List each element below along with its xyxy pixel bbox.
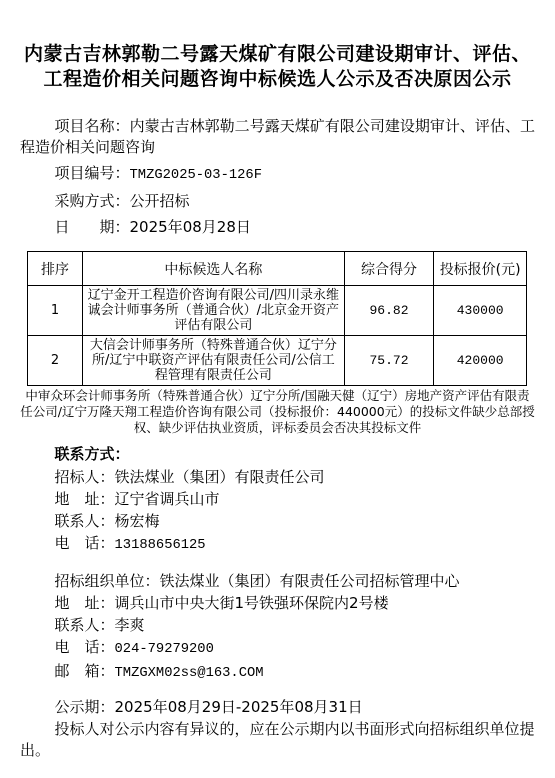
purchase-method-value: 公开招标	[130, 192, 190, 210]
bidder-phone-label: 电 话：	[55, 534, 115, 552]
bidder-person-label: 联系人：	[55, 512, 115, 530]
purchase-method-line: 采购方式：公开招标	[20, 191, 535, 212]
table-row: 1 辽宁金开工程造价咨询有限公司/四川录永维诚会计师事务所（普通合伙）/北京金开…	[28, 286, 527, 336]
project-code-line: 项目编号：TMZG2025-03-126F	[20, 163, 535, 186]
header-candidate-name: 中标候选人名称	[82, 252, 344, 286]
cell-score: 75.72	[344, 336, 434, 386]
rejection-note: 中审众环会计师事务所（特殊普通合伙）辽宁分所/国融天健（辽宁）房地产资产评估有限…	[20, 388, 535, 436]
organizer-line: 招标组织单位：铁法煤业（集团）有限责任公司招标管理中心	[20, 571, 535, 592]
bidder-phone-line: 电 话：13188656125	[20, 533, 535, 556]
project-code-label: 项目编号：	[55, 164, 130, 182]
cell-score: 96.82	[344, 286, 434, 336]
organizer-email-label: 邮 箱：	[55, 662, 115, 680]
bidder-address-label: 地 址：	[55, 490, 115, 508]
contact-section-title: 联系方式：	[20, 444, 535, 465]
bidder-address-line: 地 址：辽宁省调兵山市	[20, 489, 535, 510]
bidder-address-value: 辽宁省调兵山市	[115, 490, 220, 508]
bidder-person-line: 联系人：杨宏梅	[20, 511, 535, 532]
organizer-phone-label: 电 话：	[55, 638, 115, 656]
date-value: 2025年08月28日	[130, 218, 251, 236]
candidates-table: 排序 中标候选人名称 综合得分 投标报价(元) 1 辽宁金开工程造价咨询有限公司…	[27, 251, 527, 386]
header-score: 综合得分	[344, 252, 434, 286]
cell-price: 430000	[434, 286, 527, 336]
table-row: 2 大信会计师事务所（特殊普通合伙）辽宁分所/辽宁中联资产评估有限责任公司/公信…	[28, 336, 527, 386]
cell-candidate-name: 大信会计师事务所（特殊普通合伙）辽宁分所/辽宁中联资产评估有限责任公司/公信工程…	[82, 336, 344, 386]
project-name-line: 项目名称：内蒙古吉林郭勒二号露天煤矿有限公司建设期审计、评估、工程造价相关问题咨…	[20, 116, 535, 158]
project-code-value: TMZG2025-03-126F	[130, 168, 262, 183]
date-label: 日 期：	[55, 218, 130, 236]
organizer-person-label: 联系人：	[55, 616, 115, 634]
organizer-phone-line: 电 话：024-79279200	[20, 637, 535, 660]
organizer-address-label: 地 址：	[55, 594, 115, 612]
publicity-period-label: 公示期：	[55, 698, 115, 716]
bidder-person-value: 杨宏梅	[115, 512, 160, 530]
organizer-email-line: 邮 箱：TMZGXM02ss@163.COM	[20, 661, 535, 684]
cell-rank: 2	[28, 336, 83, 386]
header-price: 投标报价(元)	[434, 252, 527, 286]
table-header-row: 排序 中标候选人名称 综合得分 投标报价(元)	[28, 252, 527, 286]
organizer-phone-value: 024-79279200	[115, 642, 214, 657]
publicity-period-value: 2025年08月29日-2025年08月31日	[115, 698, 363, 716]
document-page: 内蒙古吉林郭勒二号露天煤矿有限公司建设期审计、评估、工程造价相关问题咨询中标候选…	[0, 0, 555, 778]
footer-block: 公示期：2025年08月29日-2025年08月31日 投标人对公示内容有异议的…	[20, 697, 535, 761]
cell-candidate-name: 辽宁金开工程造价咨询有限公司/四川录永维诚会计师事务所（普通合伙）/北京金开资产…	[82, 286, 344, 336]
organizer-value: 铁法煤业（集团）有限责任公司招标管理中心	[160, 572, 460, 590]
organizer-address-value: 调兵山市中央大街1号铁强环保院内2号楼	[115, 594, 389, 612]
cell-price: 420000	[434, 336, 527, 386]
purchase-method-label: 采购方式：	[55, 192, 130, 210]
project-name-label: 项目名称：	[55, 117, 130, 135]
date-line: 日 期：2025年08月28日	[20, 217, 535, 238]
bidder-label: 招标人：	[55, 468, 115, 486]
organizer-person-line: 联系人：李爽	[20, 615, 535, 636]
page-title: 内蒙古吉林郭勒二号露天煤矿有限公司建设期审计、评估、工程造价相关问题咨询中标候选…	[24, 42, 531, 92]
bidder-value: 铁法煤业（集团）有限责任公司	[115, 468, 325, 486]
organizer-address-line: 地 址：调兵山市中央大街1号铁强环保院内2号楼	[20, 593, 535, 614]
organizer-email-value: TMZGXM02ss@163.COM	[115, 666, 264, 681]
publicity-period-line: 公示期：2025年08月29日-2025年08月31日	[20, 697, 535, 718]
bidder-line: 招标人：铁法煤业（集团）有限责任公司	[20, 467, 535, 488]
objection-note-line: 投标人对公示内容有异议的，应在公示期内以书面形式向招标组织单位提出。	[20, 719, 535, 761]
organizer-label: 招标组织单位：	[55, 572, 160, 590]
header-rank: 排序	[28, 252, 83, 286]
cell-rank: 1	[28, 286, 83, 336]
organizer-person-value: 李爽	[115, 616, 145, 634]
bidder-phone-value: 13188656125	[115, 538, 206, 553]
